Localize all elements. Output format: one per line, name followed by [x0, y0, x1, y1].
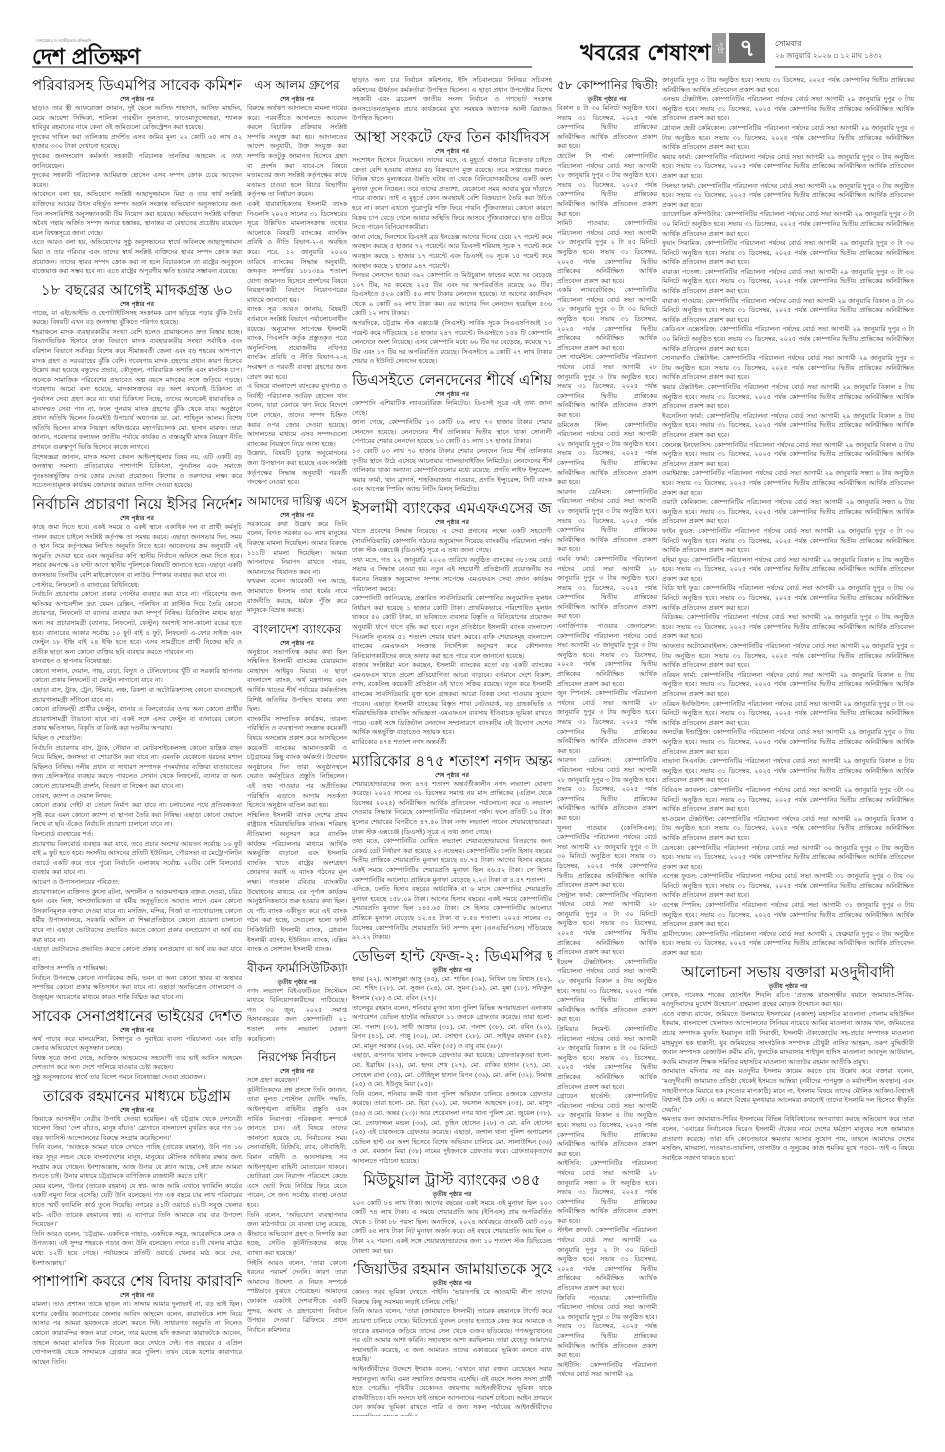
company-notice: গ্রোডেন হার্ভেস্ট: কোম্পানিটির পরিচালনা … [557, 1092, 657, 1159]
company-name: জুন স্পিনার্স: [557, 689, 595, 697]
company-notice: ফাইন ফুডস: কোম্পানিটির পরিচালনা পর্ষদের … [662, 527, 914, 556]
company-name: গ্রোডেন হার্ভেস্ট: [557, 1092, 624, 1100]
article-headline: ইসলামী ব্যাংকের এমএফএসের জন্য [352, 499, 552, 518]
company-name: এমবি ফার্মা: [557, 555, 594, 563]
article-headline: ডিএসইতে লেনদেনের শীর্ষে এশিয়াটিক [352, 371, 552, 390]
company-name: সোনারগাঁও টেক্সটাইল: [662, 354, 723, 362]
article: আলোচনা সভায় বক্তারা মওদুদীবাদীতৃতীয় পৃ… [662, 963, 914, 1164]
paragraph: বিরুদ্ধে অর্থঋণ আদালতে মামলা দায়ের করে।… [247, 104, 347, 200]
company-notice: স্টাইল ক্রাফট: কোম্পানিটির পরিচালনা পর্ষ… [557, 1226, 657, 1293]
paragraph: দুদকের জনসংযোগ কর্মকর্তা সহকারী পরিচালক … [32, 152, 242, 171]
column-2: এস আলম গ্রুপেরশেষ পৃষ্ঠার পরবিরুদ্ধে অর্… [247, 76, 347, 1416]
article-body: বিরুদ্ধে অর্থঋণ আদালতে মামলা দায়ের করে।… [247, 104, 347, 488]
article-headline: পরিবারসহ ডিএমপির সাবেক কমিশনার [32, 76, 242, 95]
notice-text: কোম্পানিটির পরিচালনা পর্ষদের বোর্ড সভা আ… [557, 958, 657, 1024]
company-notice: ওরিয়ন ইনফিউশন: কোম্পানিটির পরিচালনা পর্… [662, 700, 914, 729]
article-body: কোম্পানি এশিয়াটিক ল্যাবরেটরিজ লিমিটেড। … [352, 399, 552, 495]
notice-text: কোম্পানিটির পরিচালনা পর্ষদের বোর্ড সভা আ… [662, 930, 914, 957]
company-notice: সেন্ট্রাল ফার্মা: কোম্পানিটির পরিচালনা প… [557, 891, 657, 958]
paragraph: ছাড়াও তার স্ত্রী আফরোজা জামান, দুই ছেলে… [32, 104, 242, 133]
paragraph: প্রচারণাকালে ব্যক্তিগত কুৎসা রটনা, অশালী… [32, 888, 242, 946]
company-name: স্কয়ার ফার্মা: [662, 153, 695, 161]
notice-text: বিকাল ৪ টা ৩০ মিনিটে অনুষ্ঠিত হবে। সভায়… [557, 104, 657, 150]
paragraph: একই ধারাবাহিকতায় ইসলামী ব্যাংক পিএলসি ২… [247, 200, 347, 306]
board-meeting-notices: বিকাল ৪ টা ৩০ মিনিটে অনুষ্ঠিত হবে। সভায়… [557, 104, 657, 1380]
article: নির্বাচনি প্রচারণা নিয়ে ইসির নির্দেশনা,… [32, 495, 242, 1003]
company-name: ফাইন ফুডস: [662, 527, 698, 535]
notice-text: কোম্পানিটির পরিচালনা পর্ষদের বোর্ড সভা আ… [557, 421, 657, 487]
company-name: জেনেক্স ইনফোসিস: [662, 441, 714, 449]
notice-text: কোম্পানিটির পরিচালনা পর্ষদের বোর্ড সভা আ… [662, 872, 914, 899]
notice-text: কোম্পানিটির পরিচালনা পর্ষদের বোর্ড সভা আ… [557, 632, 657, 688]
continuation-kicker: শেষ পৃষ্ঠার পর [247, 95, 347, 104]
article-body: কাছে জমা দিতে হবে। একই সময়ে ও একই স্থান… [32, 523, 242, 1003]
paragraph: নির্বাচনি প্রচারণায় কোনো প্রকার পোস্টার… [32, 590, 242, 657]
company-notice: গ্রামীণফোন: কোম্পানিটির পরিচালনা পর্ষদের… [662, 930, 914, 959]
notice-text: কোম্পানিটির পরিচালনা পর্ষদের বোর্ড সভা আ… [557, 286, 657, 352]
article-headline: পাশাপাশি কবরে শেষ বিদায় কারাবন্দি [32, 1272, 242, 1291]
article-headline: নিরপেক্ষ নির্বাচন [247, 1048, 347, 1067]
article-headline: আলোচনা সভায় বক্তারা মওদুদীবাদী [662, 963, 914, 982]
notice-text: কোম্পানিটির পরিচালনা পর্ষদের বোর্ড সভা আ… [662, 527, 914, 554]
paragraph: এছাড়া ভোটারদের প্রভাবিত করতে কোনো প্রকা… [32, 945, 242, 964]
company-notice: জিবিবি পাওয়ার: কোম্পানিটির পরিচালনা পর্… [557, 1294, 657, 1361]
notice-text: কোম্পানিটির পরিচালনা পর্ষদের বোর্ড সভা আ… [662, 469, 914, 496]
company-notice: এপেক্স স্পিনিং: কোম্পানিটির পরিচালনা পর্… [662, 901, 914, 930]
paragraph: বিলবোর্ড ব্যবহারের শর্ত: [32, 830, 242, 840]
paragraph: দুদকের সহকারী পরিচালক আমিয়াজ হোসেন এসব … [32, 171, 242, 190]
company-notice: হা-ওয়েল টেক্সটাইল: কোম্পানিটির পরিচালনা… [662, 815, 914, 844]
article: এস আলম গ্রুপেরশেষ পৃষ্ঠার পরবিরুদ্ধে অর্… [247, 76, 347, 488]
paragraph: শহরাঞ্চলে মাদক ব্যবহারকারীর সংখ্যা বেশি … [32, 328, 242, 453]
continuation-kicker: শেষ পৃষ্ঠার পর [247, 639, 347, 648]
paragraph: মামলা। তাও প্রশাসন তাকে ছাড়ল না। সাদ্দা… [32, 1300, 242, 1367]
paragraph: অপরদিকে, চট্টগ্রাম স্টক এক্সচেঞ্জ (সিএসই… [352, 319, 552, 367]
notice-text: কোম্পানিটির পরিচালনা পর্ষদের বোর্ড সভা আ… [557, 219, 657, 285]
paragraph: ম্যারিকোর ৪৭৫ শতাংশ নগদ অন্তর্বর্তী [352, 738, 552, 748]
company-notice: রহিমা ফুড: কোম্পানিটির পরিচালনা পর্ষদের … [662, 556, 914, 585]
column-4: ৫৮ কোম্পানির দ্বিতীয়তৃতীয় পৃষ্ঠার পরবি… [557, 76, 657, 1416]
notice-text: কোম্পানিটির পরিচালনা পর্ষদের বোর্ড সভা আ… [557, 1159, 657, 1225]
continuation-kicker: তৃতীয় পৃষ্ঠার পর [352, 966, 552, 975]
paragraph: কূটনীতিকদের প্রশ্ন প্রসঙ্গে তিনি জানান, … [247, 1086, 347, 1211]
company-notice: বিডিকম: কোম্পানিটির পরিচালনা পর্ষদের বোর… [662, 613, 914, 642]
article-headline: ‘জিয়াউর রহমান জামায়াতকে সুযোগ [352, 1260, 552, 1279]
paragraph: আবেদনে বলা হয়, অভিযোগ সংশ্লিষ্ট আছাদুজ্… [32, 190, 242, 238]
notice-text: কোম্পানিটির পরিচালনা পর্ষদের বোর্ড সভা আ… [557, 1294, 657, 1360]
article-headline: নির্বাচনি প্রচারণা নিয়ে ইসির নির্দেশনা, [32, 495, 242, 514]
article: তারেক রহমানের মাধ্যমে চট্টগ্রামশেষ পৃষ্ঠ… [32, 1087, 242, 1269]
article: জানুয়ারি দুপুর ৩ টায় অনুষ্ঠিত হবে। সভা… [662, 76, 914, 959]
notice-text: কোম্পানিটির পরিচালনা পর্ষদের বোর্ড সভা আ… [557, 488, 657, 554]
paragraph: দুদকের দাখিল করা তালিকায় প্রদর্শিত এসব … [32, 133, 242, 152]
article-body: খাতে প্রবেশের সিদ্ধান্ত নিয়েছে। এ সেবা … [352, 527, 552, 748]
company-name: সিলভা ফার্মা: [662, 182, 698, 190]
article-body: ছাড়াও তার স্ত্রী আফরোজা জামান, দুই ছেলে… [32, 104, 242, 277]
article-headline: সাবেক সেনাপ্রধানের ভাইয়ের দেশত্যাগে [32, 1007, 242, 1026]
article: নিরপেক্ষ নির্বাচনশেষ পৃষ্ঠার পরসঙ্গে গ্র… [247, 1048, 347, 1335]
continuation-kicker: শেষ পৃষ্ঠার পর [32, 1026, 242, 1035]
company-name: হা-ওয়েল টেক্সটাইল: [662, 815, 718, 823]
company-notice: জানুয়ারি দুপুর ৩ টায় অনুষ্ঠিত হবে। সভা… [662, 76, 914, 95]
company-name: প্রিমিয়ার সিমেন্ট: [557, 1025, 624, 1033]
article: ডিএসইতে লেনদেনের শীর্ষে এশিয়াটিকশেষ পৃষ… [352, 371, 552, 495]
company-notice: জুন স্পিনার্স: কোম্পানিটির পরিচালনা পর্ষ… [557, 689, 657, 756]
paragraph: তিনি আরও বলেন, ‘চট্টগ্রাম- একদিকে পাহাড়… [32, 1230, 242, 1268]
company-notice: ইভেন্স টেক্সটাইলস: কোম্পানিটির পরিচালনা … [557, 958, 657, 1025]
article-headline: আমাদের দায়িত্ব এসেছে [247, 492, 347, 511]
paragraph: এছাড়া বাস, ট্রাক, ট্রেন, স্টিমার, লঞ্চ,… [32, 686, 242, 705]
company-name: ওরিয়ন ইনফিউশন: [662, 700, 712, 708]
company-notice: আফতাব অটোমোবাইলস: কোম্পানিটির পরিচালনা প… [662, 642, 914, 671]
continuation-kicker: তৃতীয় পৃষ্ঠার পর [352, 1190, 552, 1199]
company-name: অলটেক্স ইন্ডাস্ট্রিজ: [662, 728, 713, 736]
page-number: ৭ [729, 33, 765, 63]
article: পাশাপাশি কবরে শেষ বিদায় কারাবন্দিশেষ পৃ… [32, 1272, 242, 1367]
paragraph: উল্লেখ্য, বিষয়টি চূড়ান্ত অনুমোদনের জন্… [247, 449, 347, 487]
page-label: পৃষ্ঠা [712, 33, 726, 63]
paragraph: কোম্পানিটি জানিয়েছে, প্রস্তাবিত সাবসিডি… [352, 594, 552, 661]
paragraph: কোনো প্রকার গেইট বা তোরণ নির্মাণ করা যাব… [32, 801, 242, 830]
notice-text: কোম্পানিটির পরিচালনা পর্ষদের বোর্ড সভা আ… [662, 844, 914, 871]
paragraph: শেয়ারহোল্ডারদের জন্য ৪৭৫ শতাংশ অন্তর্বর… [352, 780, 552, 838]
company-notice: ডেসকো: কোম্পানিটির পরিচালনা পর্ষদের বোর্… [662, 844, 914, 873]
board-meeting-notices: জানুয়ারি দুপুর ৩ টায় অনুষ্ঠিত হবে। সভা… [662, 76, 914, 959]
company-notice: বারাকা পাওয়ার: কোম্পানিটির পরিচালনা পর্… [662, 297, 914, 326]
company-name: সেন্ট্রাল ফার্মা: [557, 891, 596, 899]
date-label: ২৬ জানুয়ারি ২০২৬ ▫ ১২ মাঘ ১৪৩২ [775, 50, 882, 62]
company-notice: এনভয় টেক্সটাইল: কোম্পানিটির পরিচালনা পর… [662, 95, 914, 124]
paragraph: তিনি বলেন, ‘অভিযোগ ব্যবস্থাপনার জন্য মাঠ… [247, 1211, 347, 1259]
article-headline: ডেভিল হান্ট ফেজ-২: ডিএমপির ছয় [352, 947, 552, 966]
company-name: দেশ গার্মেন্টস: [557, 353, 596, 361]
continuation-kicker: শেষ পৃষ্ঠার পর [352, 771, 552, 780]
paragraph: বাজার সংশ্লিষ্টরা মনে করছেন, ইসলামী ব্যা… [352, 661, 552, 738]
company-name: একমি ল্যাবরেটরিজ: [557, 286, 624, 294]
continuation-kicker: তৃতীয় পৃষ্ঠার পর [247, 978, 347, 987]
company-name: এপেক্স স্পিনিং: [662, 901, 705, 909]
paragraph: বিশ্বস্ত সূত্রে জানা গেছে, আজিজ আহমেদের … [32, 1054, 242, 1073]
continuation-kicker: তৃতীয় পৃষ্ঠার পর [557, 95, 657, 104]
company-name: ফুয়াং সিরামিক: [662, 239, 704, 247]
company-notice: নাভানা সিএনজি: কোম্পানিটির পরিচালনা পর্ষ… [662, 757, 914, 786]
company-notice: বিডি থাই ফুড: কোম্পানিটির পরিচালনা পর্ষদ… [662, 584, 914, 613]
notice-text: কোম্পানিটির পরিচালনা পর্ষদের বোর্ড সভা আ… [557, 756, 657, 822]
paragraph: মিছিল ও শোডাউন: [32, 734, 242, 744]
company-name: এনার্জিপ্যাক পাওয়ার জেনারেশন: [557, 622, 657, 630]
company-name: গ্রামীণফোন: [662, 930, 696, 938]
company-name: ডমিনেজ স্টিল: [557, 421, 624, 429]
paragraph: পোস্টার, লিফলেট ও ব্যানারের বিধিনিষেধ: [32, 581, 242, 591]
paragraph: এতে বক্তব্য রাখেন, জমিয়তে উলামায়ে ইসলা… [662, 1010, 914, 1068]
company-notice: এমবি ফার্মা: কোম্পানিটির পরিচালনা পর্ষদে… [557, 555, 657, 622]
continuation-kicker: শেষ পৃষ্ঠার পর [247, 1067, 347, 1076]
notice-text: কোম্পানিটির পরিচালনা পর্ষদের বোর্ড সভা আ… [662, 153, 914, 180]
continuation-kicker: শেষ পৃষ্ঠার পর [352, 518, 552, 527]
paragraph: নির্বাচন উপলক্ষে কোনো নাগরিকের জমি, ভবন … [32, 974, 242, 1003]
company-name: বিডি থাই ফুড: [662, 584, 703, 592]
company-notice: কেডিএস এক্সেসরিজ: কোম্পানিটির পরিচালনা প… [662, 325, 914, 354]
company-name: সামিট পাওয়ার: [557, 219, 624, 227]
paragraph: তথ্য মতে, কোম্পানিটির ঘোষিত লভ্যাংশ শেয়… [352, 837, 552, 885]
company-notice: ডমিনেজ স্টিল: কোম্পানিটির পরিচালনা পর্ষদ… [557, 421, 657, 488]
continuation-kicker: শেষ পৃষ্ঠার পর [32, 1106, 242, 1115]
notice-text: কোম্পানিটির পরিচালনা পর্ষদের বোর্ড সভা আ… [557, 1226, 657, 1292]
article-body: সরকারের কথা উল্লেখ করে তিনি বলেন, বিগত স… [247, 520, 347, 616]
column-5: জানুয়ারি দুপুর ৩ টায় অনুষ্ঠিত হবে। সভা… [662, 76, 914, 1416]
company-name: ইবনেসিনা ফার্মা: [662, 412, 707, 420]
company-notice: বিবিএস ক্যাবলস: কোম্পানিটির পরিচালনা পর্… [662, 786, 914, 815]
article-body: নগদ লভ্যাংশ বিইএফটিএন সিস্টেমস মাধ্যমে ব… [247, 987, 347, 1045]
paragraph: যানবাহন ও স্থাপনায় নিষেধাজ্ঞা: [32, 657, 242, 667]
company-name: বারাকা পতেঙ্গা: [662, 268, 705, 276]
paragraph: কোনও সরব ভূমিকা দেখতে পাইনি। ‘ভারতপন্থি … [352, 1288, 552, 1307]
paragraph: ব্যাংকটির সাম্প্রতিক কার্যক্রম, তারল্য প… [247, 715, 347, 811]
continuation-kicker: শেষ পৃষ্ঠার পর [32, 1291, 242, 1300]
article: ‘জিয়াউর রহমান জামায়াতকে সুযোগতৃতীয় পৃ… [352, 1260, 552, 1416]
company-name: এপেক্স ফুডস: [662, 872, 700, 880]
masthead-divider-left [32, 66, 532, 68]
paragraph: তিনি বলেন, শনিবার কদমী থানা পুলিশ অভিযান… [352, 1090, 552, 1167]
company-name: এনভয় টেক্সটাইল: [662, 95, 711, 103]
paragraph: কোম্পানি এশিয়াটিক ল্যাবরেটরিজ লিমিটেড। … [352, 399, 552, 418]
paragraph: জিয়াকে আপসহীন নেত্রীর উপাধি দেওয়া হয়ে… [32, 1115, 242, 1144]
company-notice: ওরিয়ন ফার্মা: কোম্পানিটির পরিচালনা পর্ষ… [662, 671, 914, 700]
article: ম্যারিকোর ৪৭৫ শতাংশ নগদ অন্তর্বর্তীশেষ প… [352, 752, 552, 943]
company-name: ওয়াটা কেমিক্যাল: [662, 498, 711, 506]
paragraph: দিনভর লেনদেন হওয়া ৩৯২ কোম্পানি ও মিউচুয… [352, 271, 552, 319]
article-body: কোনও সরব ভূমিকা দেখতে পাইনি। ‘ভারতপন্থি … [352, 1288, 552, 1416]
article: পরিবারসহ ডিএমপির সাবেক কমিশনারশেষ পৃষ্ঠা… [32, 76, 242, 277]
paragraph: সংশোধন হিসেবে নিয়েছেন। তাদের মতে, এ মুহ… [352, 156, 552, 233]
continuation-kicker: তৃতীয় পৃষ্ঠার পর [352, 1279, 552, 1288]
company-notice: ওয়াটা কেমিক্যাল: কোম্পানিটির পরিচালনা প… [662, 498, 914, 527]
company-name: ওরিয়ন ফার্মা: [662, 671, 701, 679]
paragraph: তথ্য মতে, গত ২২ জানুয়ারি ২০২৬ তারিখে অন… [352, 556, 552, 594]
column-3: ছাড়াও অন্য চার নির্বাচন কমিশনার, ইসি সচ… [352, 76, 552, 1416]
company-notice: অলটেক্স ইন্ডাস্ট্রিজ: কোম্পানিটির পরিচাল… [662, 728, 914, 757]
company-notice: খুলনা পাওয়ার (কেপিসিএল): কোম্পানিটির পর… [557, 824, 657, 891]
company-notice: স্কয়ার ফার্মা: কোম্পানিটির পরিচালনা পর্… [662, 153, 914, 182]
company-notice: গ্লোবাল হেভী কেমিক্যেল: কোম্পানিটির পরিচ… [662, 124, 914, 153]
article: মিউচুয়াল ট্রাস্ট ব্যাংকের ৩৪৫তৃতীয় পৃষ… [352, 1171, 552, 1257]
paragraph: খাতে প্রবেশের সিদ্ধান্ত নিয়েছে। এ সেবা … [352, 527, 552, 556]
company-notice: সামিট পাওয়ার: কোম্পানিটির পরিচালনা পর্ষ… [557, 219, 657, 286]
paragraph: ব্যক্তিগত সম্পত্তি ও শান্তিরক্ষা: [32, 964, 242, 974]
company-name: আইসিবি: [557, 1159, 590, 1167]
company-notice: ওয়াইম্যাক্স: কোম্পানিটির পরিচালনা পর্ষদ… [662, 469, 914, 498]
article-headline: বাংলাদেশ ব্যাংকের [247, 620, 347, 639]
company-name: খুলনা পাওয়ার (কেপিসিএল): [557, 824, 657, 832]
notice-text: কোম্পানিটির পরিচালনা পর্ষদের বোর্ড সভা আ… [557, 833, 657, 889]
article-body: জিয়াকে আপসহীন নেত্রীর উপাধি দেওয়া হয়ে… [32, 1115, 242, 1269]
company-name: নাভানা সিএনজি: [662, 757, 710, 765]
article-headline: আস্থা সংকটে ফের তিন কার্যদিবস [352, 128, 552, 147]
article-body: সঙ্গে গ্রহণ করেছেন।’কূটনীতিকদের প্রশ্ন প… [247, 1076, 347, 1335]
paragraph: সুষ্ঠু অনুসন্ধানের স্বার্থে তার বিদেশ গম… [32, 1073, 242, 1083]
article-headline: ৫৮ কোম্পানির দ্বিতীয় [557, 76, 657, 95]
article-body: পাচ্ছে, যা এইচআইভি ও হেপাটাইটিসসহ সংক্রা… [32, 309, 242, 491]
continuation-kicker: শেষ পৃষ্ঠার পর [352, 147, 552, 156]
paragraph: আইনজীবীদের উদ্দেশে ইশরাক বলেন, ‘এখানে যা… [352, 1365, 552, 1416]
article-body: মামলা। তাও প্রশাসন তাকে ছাড়ল না। সাদ্দা… [32, 1300, 242, 1367]
paragraph: ১৩ কোটি ০৩ লাখ ৭০ হাজার টাকার শেয়ার লেন… [352, 447, 552, 495]
company-name: বিডিকম: [662, 613, 687, 621]
company-name: ডেসকো: [662, 844, 688, 852]
paragraph: সম্মিলিত ইসলামী ব্যাংক দেশের প্রথম রাষ্ট… [247, 811, 347, 955]
paragraph: জানা গেছে, দিনশেষে ডিএসই ব্রড ইনডেক্স আগ… [352, 233, 552, 271]
section-title: খবরের শেষাংশ [580, 36, 710, 73]
company-notice: দেশ গার্মেন্টস: কোম্পানিটির পরিচালনা পর্… [557, 353, 657, 420]
paragraph: সঙ্গে গ্রহণ করেছেন।’ [247, 1076, 347, 1086]
company-name: আইটিসি: [557, 1361, 590, 1369]
masthead: দেশপ্রেমের ও জাতীয়তার প্রতিধ্বনি দেশ প্… [0, 0, 945, 62]
company-notice: ফুয়াং সিরামিক: কোম্পানিটির পরিচালনা পর্… [662, 239, 914, 268]
paragraph: তিনি আরও বলেন, ‘তারা (জামায়াতে ইসলামী) … [352, 1307, 552, 1365]
company-notice: সিলভা ফার্মা: কোম্পানিটির পরিচালনা পর্ষদ… [662, 182, 914, 211]
company-notice: এপেক্স ফুডস: কোম্পানিটির পরিচালনা পর্ষদে… [662, 872, 914, 901]
company-name: জিবিবি পাওয়ার: [557, 1294, 624, 1302]
company-name: আরগন ডেনিমস: [557, 488, 624, 496]
company-name: বিবিএস ক্যাবলস: [662, 786, 710, 794]
company-notice: ড্যাফোডিল কম্পিউটার: কোম্পানিটির পরিচালন… [662, 210, 914, 239]
company-notice: স্কয়ার টেক্সটাইল: কোম্পানিটির পরিচালনা … [662, 383, 914, 412]
company-name: স্টাইল ক্রাফট: [557, 1226, 596, 1234]
notice-text: কোম্পানিটির পরিচালনা পর্ষদের বোর্ড সভা আ… [662, 671, 914, 698]
article-headline: মিউচুয়াল ট্রাস্ট ব্যাংকের ৩৪৫ [352, 1171, 552, 1190]
continuation-kicker: শেষ পৃষ্ঠার পর [32, 514, 242, 523]
article-body: সংশোধন হিসেবে নিয়েছেন। তাদের মতে, এ মুহ… [352, 156, 552, 367]
article: ছাড়াও অন্য চার নির্বাচন কমিশনার, ইসি সচ… [352, 76, 552, 124]
paragraph: ব্যাংক সূত্র আরও জানায়, বিষয়টি বর্তমান… [247, 305, 347, 382]
notice-text: কোম্পানিটির পরিচালনা পর্ষদের বোর্ড সভা আ… [557, 152, 657, 218]
paragraph: মেয়র বলেন, ‘উনার (তারেক রহমান) যে স্বপ্… [32, 1182, 242, 1230]
company-notice: এনার্জিপ্যাক পাওয়ার জেনারেশন: কোম্পানিট… [557, 622, 657, 689]
company-notice: ইবনেসিনা ফার্মা: কোম্পানিটির পরিচালনা পর… [662, 412, 914, 441]
company-notice: হোটেল সি পার্ল: কোম্পানিটির পরিচালনা পর্… [557, 152, 657, 219]
article: ৫৮ কোম্পানির দ্বিতীয়তৃতীয় পৃষ্ঠার পরবি… [557, 76, 657, 1380]
paragraph: এ বিষয়ে বাংলাদেশ ব্যাংকের মুখপাত্র ও নি… [247, 382, 347, 449]
notice-text: কোম্পানিটির পরিচালনা পর্ষদের বোর্ড সভা আ… [557, 353, 657, 419]
notice-text: জানুয়ারি দুপুর ৩ টায় অনুষ্ঠিত হবে। সভা… [662, 76, 914, 94]
company-name: স্কয়ার টেক্সটাইল: [662, 383, 708, 391]
paragraph: সরকারের কথা উল্লেখ করে তিনি বলেন, বিগত স… [247, 520, 347, 578]
company-name: হোটেল সি পার্ল: [557, 152, 624, 160]
notice-text: কোম্পানিটির পরিচালনা পর্ষদের বোর্ড সভা আ… [557, 1092, 657, 1158]
company-name: আরগন ডেনিমস: [557, 756, 624, 764]
company-notice: বিকাল ৪ টা ৩০ মিনিটে অনুষ্ঠিত হবে। সভায়… [557, 104, 657, 152]
notice-text: কোম্পানিটির পরিচালনা পর্ষদের বোর্ড সভা আ… [662, 182, 914, 209]
continuation-kicker: শেষ পৃষ্ঠার পর [352, 390, 552, 399]
company-name: রহিমা ফুড: [662, 556, 692, 564]
paragraph: হৃদয় (২২), আসাদুল্লা আসু (৪৫), মো. শাহি… [352, 975, 552, 1004]
paragraph: অর্থ পাচার করে মালয়েশিয়া, সিঙ্গাপুর ও … [32, 1035, 242, 1054]
company-notice: আরগন ডেনিমস: কোম্পানিটির পরিচালনা পর্ষদে… [557, 756, 657, 823]
paragraph: জামায়াত মদিনার নয় বরং মওদুদীর ইসলাম কা… [662, 1067, 914, 1115]
paragraph: কাছে জমা দিতে হবে। একই সময়ে ও একই স্থান… [32, 523, 242, 581]
article-body: অনুষ্ঠানে সভাপতিত্ব করার কথা ছিল সম্মিলি… [247, 648, 347, 955]
continuation-kicker: শেষ পৃষ্ঠার পর [247, 511, 347, 520]
paragraph: এছাড়া, রূপনগর থানায় ৮জনকে গ্রেফতার করা… [352, 1051, 552, 1089]
article-headline: তারেক রহমানের মাধ্যমে চট্টগ্রাম [32, 1087, 242, 1106]
notice-text: কোম্পানিটির পরিচালনা পর্ষদের বোর্ড সভা আ… [662, 556, 914, 583]
article-headline: ১৮ বছরের আগেই মাদকগ্রস্ত ৬০ [32, 281, 242, 300]
company-notice: প্রিমিয়ার সিমেন্ট: কোম্পানিটির পরিচালনা… [557, 1025, 657, 1092]
article: আস্থা সংকটে ফের তিন কার্যদিবসশেষ পৃষ্ঠার… [352, 128, 552, 367]
continuation-kicker: শেষ পৃষ্ঠার পর [32, 95, 242, 104]
article: ১৮ বছরের আগেই মাদকগ্রস্ত ৬০শেষ পৃষ্ঠার প… [32, 281, 242, 491]
company-notice: আরগন ডেনিমস: কোম্পানিটির পরিচালনা পর্ষদে… [557, 488, 657, 555]
article: সাবেক সেনাপ্রধানের ভাইয়ের দেশত্যাগেশেষ … [32, 1007, 242, 1083]
article-body: ছাড়াও অন্য চার নির্বাচন কমিশনার, ইসি সচ… [352, 76, 552, 124]
paragraph: ২০৩ কোটি ৮৪ লাখ টাকা। আগের বছরের একই সময… [352, 1199, 552, 1257]
article-body: লেখক, গবেষক শাকের হোসাইন শিবলি রচিত ‘প্র… [662, 991, 914, 1164]
paragraph: পাচ্ছে, যা এইচআইভি ও হেপাটাইটিসসহ সংক্রা… [32, 309, 242, 328]
article-headline: এস আলম গ্রুপের [247, 76, 347, 95]
article: আমাদের দায়িত্ব এসেছেশেষ পৃষ্ঠার পরসরকার… [247, 492, 347, 616]
company-notice: আইসিবি: কোম্পানিটির পরিচালনা পর্ষদের বোর… [557, 1159, 657, 1226]
company-name: ইভেন্স টেক্সটাইলস: [557, 958, 624, 966]
company-name: ওয়াইম্যাক্স: [662, 469, 692, 477]
paragraph: প্রচারণায় বিলবোর্ড ব্যবহার করা যাবে, তব… [32, 840, 242, 878]
paragraph: সিইসি আরও বলেন, ‘তারা কোনো ধরনের পরামর্শ… [247, 1259, 347, 1336]
article-headline: বীকন ফার্মাসিউটিক্যালসের [247, 959, 347, 978]
article-body: হৃদয় (২২), আসাদুল্লা আসু (৪৫), মো. শাহি… [352, 975, 552, 1167]
company-name: গ্লোবাল হেভী কেমিক্যেল: [662, 124, 729, 132]
company-name: কেডিএস এক্সেসরিজ: [662, 325, 719, 333]
paragraph: ফখরুল বলেন আরেকটি দল আছে, জামায়াতে ইসলা… [247, 577, 347, 615]
article: ডেভিল হান্ট ফেজ-২: ডিএমপির ছয়তৃতীয় পৃষ… [352, 947, 552, 1167]
article: বাংলাদেশ ব্যাংকেরশেষ পৃষ্ঠার পরঅনুষ্ঠানে… [247, 620, 347, 955]
company-notice: একমি ল্যাবরেটরিজ: কোম্পানিটির পরিচালনা প… [557, 286, 657, 353]
paragraph: ক্ষমতার জন্য জামায়াত-শিবির ইসলামের বিভি… [662, 1115, 914, 1163]
paragraph: নির্বাচনি প্রচারণায় বাস, ট্রাক, নৌযান ব… [32, 744, 242, 792]
notice-text: কোম্পানিটির পরিচালনা পর্ষদের বোর্ড সভা আ… [557, 1025, 657, 1091]
notice-text: কোম্পানিটির পরিচালনা পর্ষদের বোর্ড সভা আ… [662, 613, 914, 640]
masthead-divider-right [775, 66, 913, 68]
paragraph: তোরণ, ক্যাম্প ও দেয়াল লিখন: [32, 792, 242, 802]
paragraph: তালেবুর রহমান বলেন, শনিবার মুগদা থানা পু… [352, 1004, 552, 1052]
company-notice: জেনেক্স ইনফোসিস: কোম্পানিটির পরিচালনা পর… [662, 441, 914, 470]
notice-text: কোম্পানিটির পরিচালনা পর্ষদের বোর্ড সভা আ… [557, 891, 657, 957]
paragraph: কোনো দালান, দেয়াল, গাছ, বেড়া, বিদ্যুৎ … [32, 667, 242, 686]
article-headline: ম্যারিকোর ৪৭৫ শতাংশ নগদ অন্তর্বর্তী [352, 752, 552, 771]
company-name: বারাকা পাওয়ার: [662, 297, 706, 305]
article-body: ২০৩ কোটি ৮৪ লাখ টাকা। আগের বছরের একই সময… [352, 1199, 552, 1257]
continuation-kicker: তৃতীয় পৃষ্ঠার পর [662, 982, 914, 991]
article-body: শেয়ারহোল্ডারদের জন্য ৪৭৫ শতাংশ অন্তর্বর… [352, 780, 552, 943]
paragraph: কোনো প্রতিদ্বন্দ্বী প্রার্থীর ফেস্টুন, ব… [32, 705, 242, 734]
paragraph: ছাড়াও অন্য চার নির্বাচন কমিশনার, ইসি সচ… [352, 76, 552, 124]
continuation-kicker: শেষ পৃষ্ঠার পর [32, 300, 242, 309]
paragraph: এতে আরও বলা হয়, অভিযোগের সুষ্ঠু অনুসন্ধ… [32, 238, 242, 276]
newspaper-logo: দেশ প্রতিক্ষণ [32, 40, 140, 77]
company-notice: সোনারগাঁও টেক্সটাইল: কোম্পানিটির পরিচালন… [662, 354, 914, 383]
company-notice: আইটিসি: কোম্পানিটির পরিচালনা পর্ষদের বোর… [557, 1361, 657, 1380]
notice-text: কোম্পানিটির পরিচালনা পর্ষদের বোর্ড সভা আ… [557, 555, 657, 621]
paragraph: জানা গেছে, কোম্পানিটির ১৩ কোটি ৮৯ লাখ ৭৩… [352, 418, 552, 447]
paragraph: আচরণ ও উপাসনালয়ের পবিত্রতা: [32, 878, 242, 888]
paragraph: এদিকে, চলতি হিসাব বছরের অর্ধবার্ষিক বা ৬… [352, 885, 552, 943]
article: ইসলামী ব্যাংকের এমএফএসের জন্যশেষ পৃষ্ঠার… [352, 499, 552, 748]
paragraph: নগদ লভ্যাংশ বিইএফটিএন সিস্টেমস মাধ্যমে ব… [247, 987, 347, 1045]
paragraph: তিনি বলেন, ‘আজকে আমরা যাকে দেখতে পাচ্ছি … [32, 1143, 242, 1181]
paragraph: অনুষ্ঠানে সভাপতিত্ব করার কথা ছিল সম্মিলি… [247, 648, 347, 715]
company-notice: বারাকা পতেঙ্গা: কোম্পানিটির পরিচালনা পর্… [662, 268, 914, 297]
company-name: ড্যাফোডিল কম্পিউটার: [662, 210, 725, 218]
paragraph: লেখক, গবেষক শাকের হোসাইন শিবলি রচিত ‘প্র… [662, 991, 914, 1010]
article: বীকন ফার্মাসিউটিক্যালসেরতৃতীয় পৃষ্ঠার প… [247, 959, 347, 1045]
